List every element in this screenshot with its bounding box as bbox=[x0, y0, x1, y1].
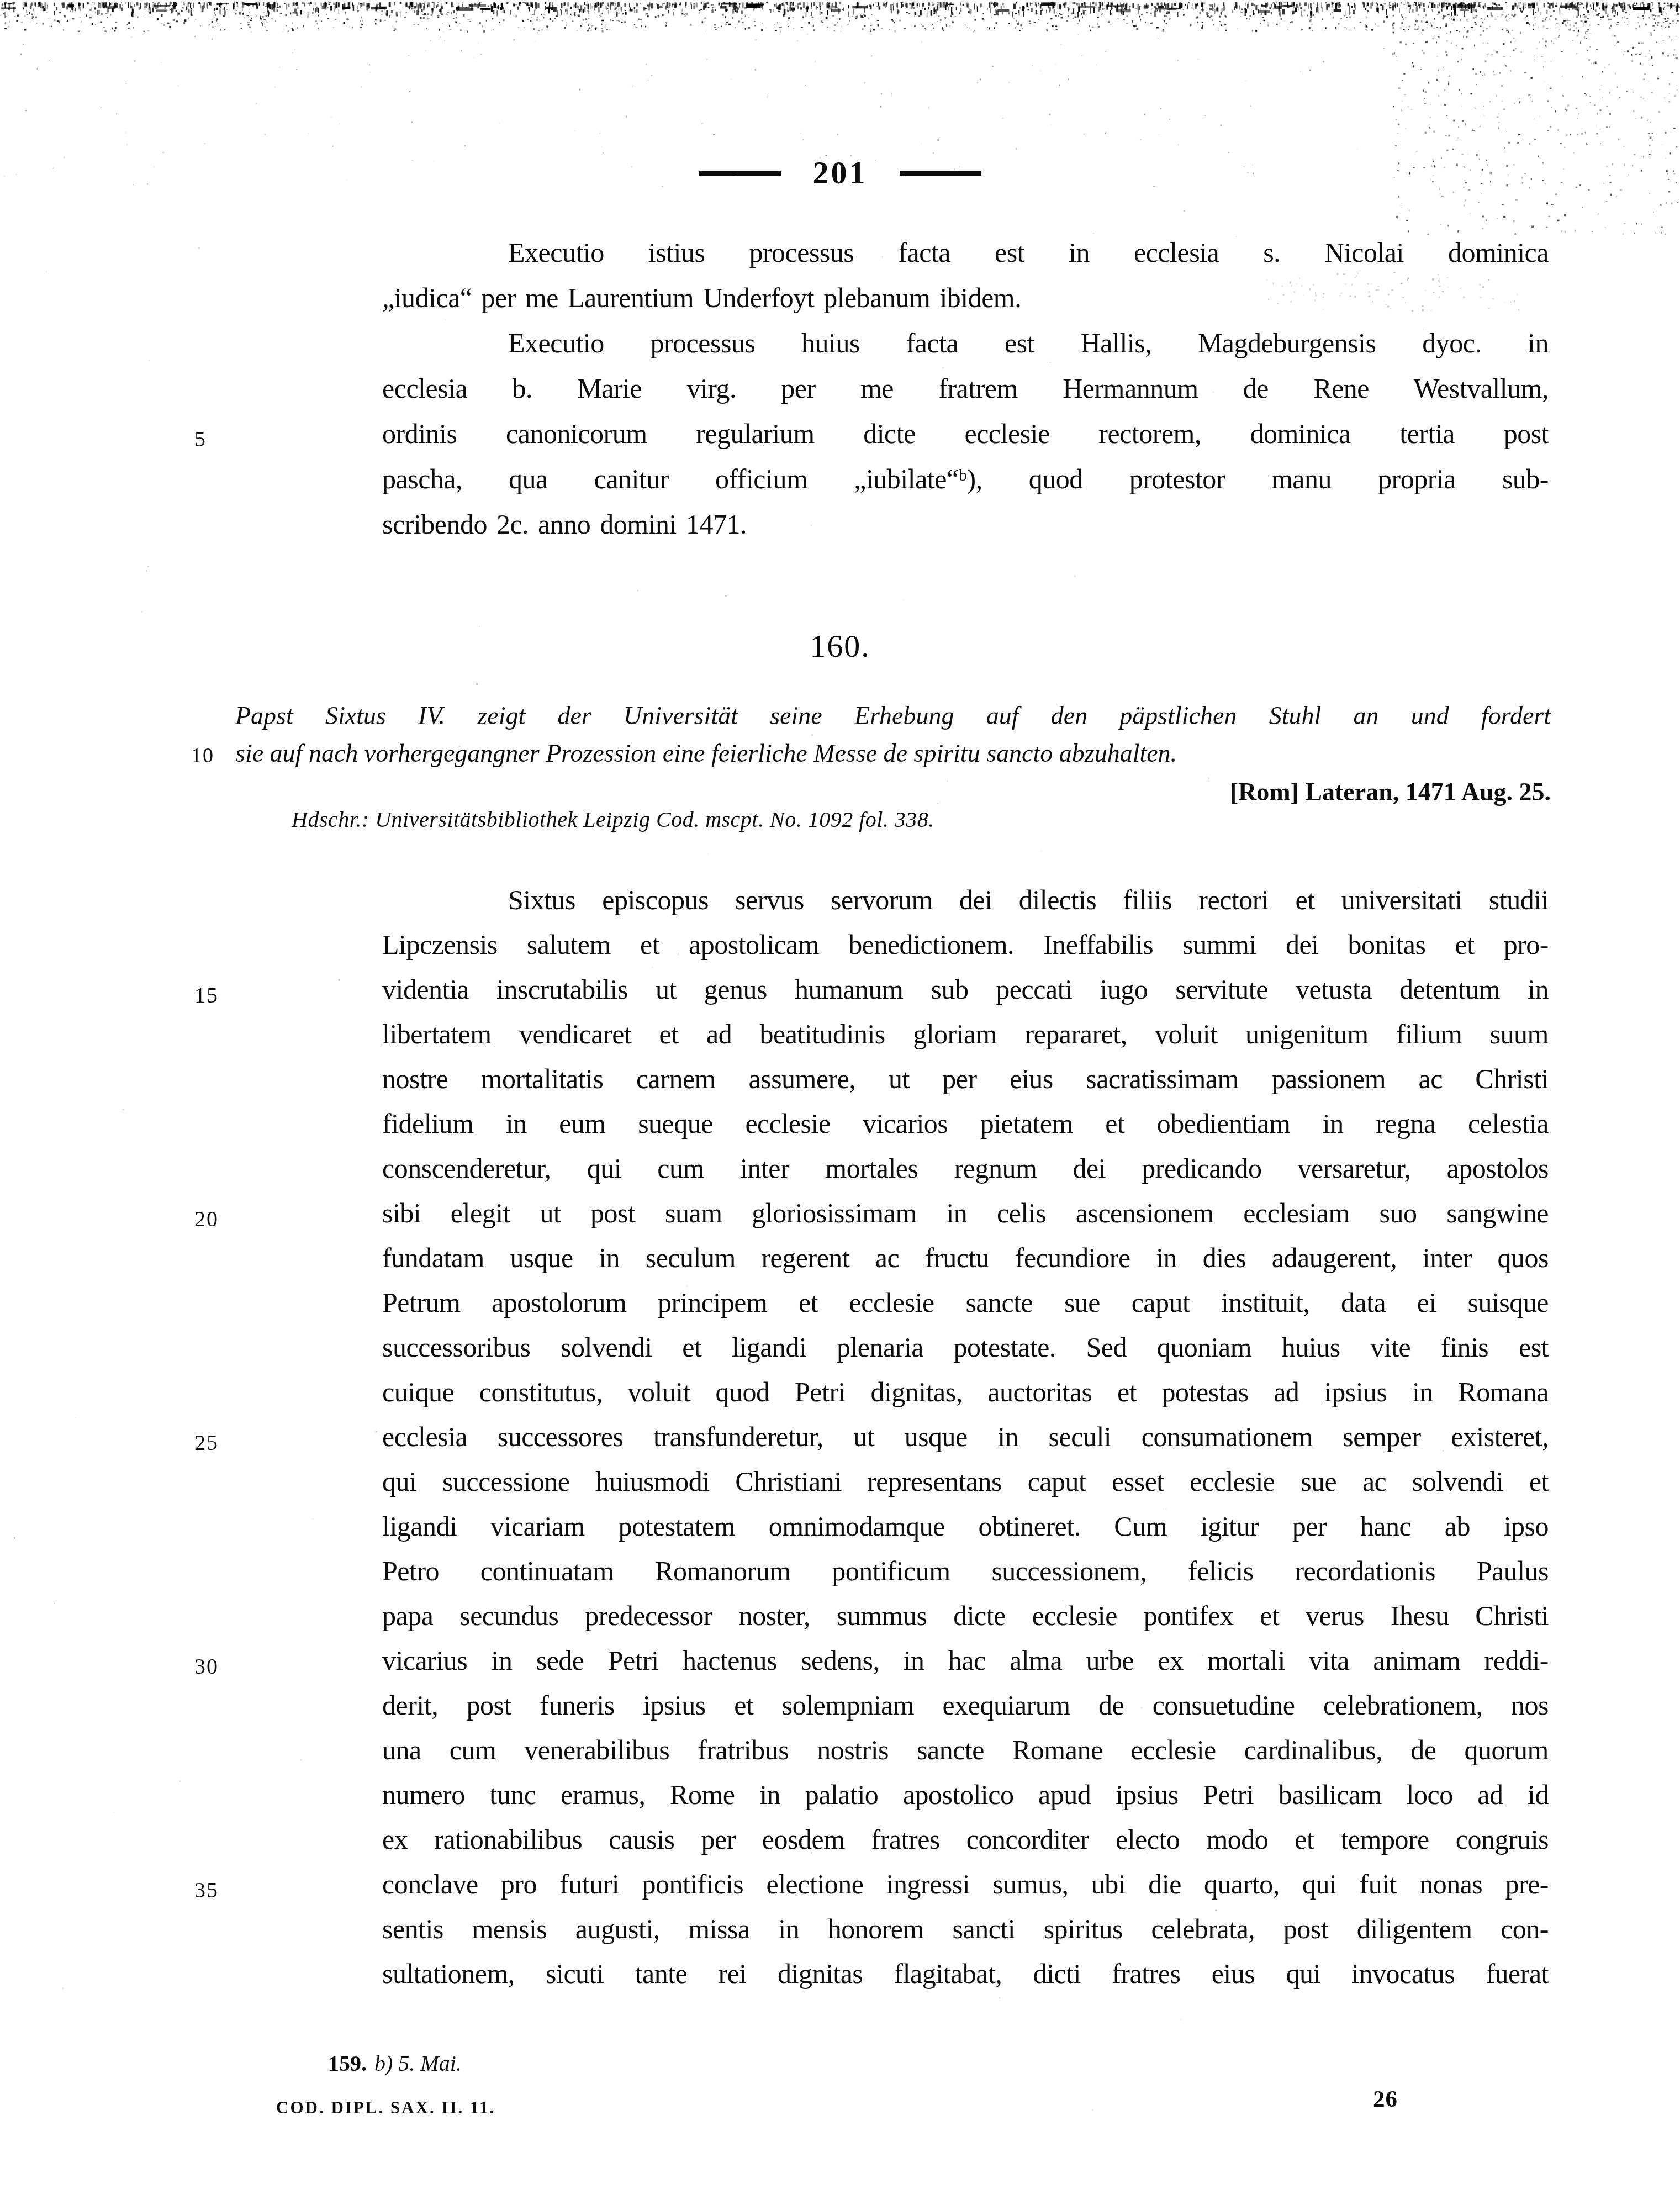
header-rule-left-icon bbox=[699, 171, 781, 176]
document-160-heading: 160. bbox=[0, 629, 1680, 664]
line-text: numero tunc eramus, Rome in palatio apos… bbox=[382, 1779, 1549, 1810]
line-text: qui successione huiusmodi Christiani rep… bbox=[382, 1466, 1549, 1497]
text-line: 35conclave pro futuri pontificis electio… bbox=[382, 1862, 1549, 1907]
line-text: fundatam usque in seculum regerent ac fr… bbox=[382, 1242, 1549, 1273]
text-line: 25ecclesia successores transfunderetur, … bbox=[382, 1415, 1549, 1459]
text-line: „iudica“ per me Laurentium Underfoyt ple… bbox=[382, 275, 1549, 320]
line-text: vicarius in sede Petri hactenus sedens, … bbox=[382, 1645, 1549, 1676]
text-line: 20sibi elegit ut post suam gloriosissima… bbox=[382, 1191, 1549, 1236]
text-line: Executio processus huius facta est Halli… bbox=[382, 320, 1549, 366]
margin-line-number: 5 bbox=[194, 416, 255, 462]
text-line: pascha, qua canitur officium „iubilate“ᵇ… bbox=[382, 456, 1549, 502]
text-line: fundatam usque in seculum regerent ac fr… bbox=[382, 1236, 1549, 1280]
text-line: ecclesia b. Marie virg. per me fratrem H… bbox=[382, 366, 1549, 411]
text-line: Lipczensis salutem et apostolicam benedi… bbox=[382, 922, 1549, 967]
text-line: cuique constitutus, voluit quod Petri di… bbox=[382, 1370, 1549, 1415]
document-160-source-note: Hdschr.: Universitätsbibliothek Leipzig … bbox=[292, 806, 1562, 833]
header-rule-right-icon bbox=[900, 171, 981, 176]
line-text: cuique constitutus, voluit quod Petri di… bbox=[382, 1376, 1549, 1407]
line-text: Sixtus episcopus servus servorum dei dil… bbox=[508, 884, 1549, 915]
footnote-ref: 159. bbox=[328, 2051, 367, 2076]
text-line: ligandi vicariam potestatem omnimodamque… bbox=[382, 1504, 1549, 1549]
line-text: una cum venerabilibus fratribus nostris … bbox=[382, 1734, 1549, 1765]
text-line: sultationem, sicuti tante rei dignitas f… bbox=[382, 1951, 1549, 1996]
text-line: Petro continuatam Romanorum pontificum s… bbox=[382, 1549, 1549, 1594]
page-header: 201 bbox=[0, 148, 1680, 198]
text-line: 30vicarius in sede Petri hactenus sedens… bbox=[382, 1638, 1549, 1683]
text-line: 10sie auf nach vorhergegangner Prozessio… bbox=[235, 735, 1551, 772]
line-text: ordinis canonicorum regularium dicte ecc… bbox=[382, 418, 1549, 449]
line-text: Lipczensis salutem et apostolicam benedi… bbox=[382, 929, 1549, 960]
line-text: sultationem, sicuti tante rei dignitas f… bbox=[382, 1958, 1549, 1989]
text-line: fidelium in eum sueque ecclesie vicarios… bbox=[382, 1101, 1549, 1146]
line-text: Executio istius processus facta est in e… bbox=[508, 237, 1549, 268]
margin-line-number: 35 bbox=[194, 1868, 255, 1912]
page-number: 201 bbox=[813, 157, 868, 189]
margin-line-number: 10 bbox=[191, 737, 252, 774]
text-line: sentis mensis augusti, missa in honorem … bbox=[382, 1907, 1549, 1951]
line-text: conscenderetur, qui cum inter mortales r… bbox=[382, 1153, 1549, 1184]
line-text: Petrum apostolorum principem et ecclesie… bbox=[382, 1287, 1549, 1318]
line-text: „iudica“ per me Laurentium Underfoyt ple… bbox=[382, 282, 1021, 313]
text-line: papa secundus predecessor noster, summus… bbox=[382, 1594, 1549, 1638]
line-text: ex rationabilibus causis per eosdem frat… bbox=[382, 1824, 1549, 1855]
sheet-number: 26 bbox=[1373, 2086, 1398, 2113]
text-line: Executio istius processus facta est in e… bbox=[382, 230, 1549, 275]
line-text: ecclesia successores transfunderetur, ut… bbox=[382, 1421, 1549, 1452]
text-line: libertatem vendicaret et ad beatitudinis… bbox=[382, 1012, 1549, 1057]
line-text: sibi elegit ut post suam gloriosissimam … bbox=[382, 1198, 1549, 1228]
text-line: 5ordinis canonicorum regularium dicte ec… bbox=[382, 411, 1549, 456]
line-text: libertatem vendicaret et ad beatitudinis… bbox=[382, 1019, 1549, 1049]
text-line: derit, post funeris ipsius et solempniam… bbox=[382, 1683, 1549, 1728]
line-text: papa secundus predecessor noster, summus… bbox=[382, 1600, 1549, 1631]
text-line: una cum venerabilibus fratribus nostris … bbox=[382, 1728, 1549, 1773]
document-159-closing-text: Executio istius processus facta est in e… bbox=[382, 230, 1549, 547]
document-160-summary: Papst Sixtus IV. zeigt der Universität s… bbox=[235, 697, 1551, 772]
text-line: scribendo 2c. anno domini 1471. bbox=[382, 502, 1549, 547]
margin-line-number: 20 bbox=[194, 1196, 255, 1241]
line-text: videntia inscrutabilis ut genus humanum … bbox=[382, 974, 1549, 1005]
text-line: ex rationabilibus causis per eosdem frat… bbox=[382, 1817, 1549, 1862]
line-text: pascha, qua canitur officium „iubilate“ᵇ… bbox=[382, 463, 1549, 494]
scanned-book-page: 201 Executio istius processus facta est … bbox=[0, 0, 1680, 2189]
text-line: numero tunc eramus, Rome in palatio apos… bbox=[382, 1773, 1549, 1817]
text-line: nostre mortalitatis carnem assumere, ut … bbox=[382, 1057, 1549, 1101]
line-text: scribendo 2c. anno domini 1471. bbox=[382, 509, 747, 540]
line-text: sie auf nach vorhergegangner Prozession … bbox=[235, 739, 1177, 767]
line-text: Petro continuatam Romanorum pontificum s… bbox=[382, 1555, 1549, 1586]
footnote-text: b) 5. Mai. bbox=[374, 2051, 462, 2076]
line-text: Papst Sixtus IV. zeigt der Universität s… bbox=[235, 701, 1551, 730]
document-160-dateline: [Rom] Lateran, 1471 Aug. 25. bbox=[235, 777, 1551, 807]
line-text: sentis mensis augusti, missa in honorem … bbox=[382, 1913, 1549, 1944]
text-line: conscenderetur, qui cum inter mortales r… bbox=[382, 1146, 1549, 1191]
line-text: Executio processus huius facta est Halli… bbox=[508, 328, 1549, 358]
line-text: nostre mortalitatis carnem assumere, ut … bbox=[382, 1063, 1549, 1094]
line-text: conclave pro futuri pontificis electione… bbox=[382, 1869, 1549, 1900]
line-text: successoribus solvendi et ligandi plenar… bbox=[382, 1332, 1549, 1363]
document-160-body-text: Sixtus episcopus servus servorum dei dil… bbox=[382, 878, 1549, 1996]
text-line: Papst Sixtus IV. zeigt der Universität s… bbox=[235, 697, 1551, 735]
margin-line-number: 15 bbox=[194, 973, 255, 1017]
text-line: qui successione huiusmodi Christiani rep… bbox=[382, 1459, 1549, 1504]
text-line: successoribus solvendi et ligandi plenar… bbox=[382, 1325, 1549, 1370]
series-signature: COD. DIPL. SAX. II. 11. bbox=[276, 2098, 495, 2118]
line-text: ligandi vicariam potestatem omnimodamque… bbox=[382, 1511, 1549, 1542]
line-text: fidelium in eum sueque ecclesie vicarios… bbox=[382, 1108, 1549, 1139]
text-line: Petrum apostolorum principem et ecclesie… bbox=[382, 1280, 1549, 1325]
margin-line-number: 30 bbox=[194, 1644, 255, 1689]
footnote: 159.b) 5. Mai. bbox=[328, 2050, 462, 2077]
text-line: Sixtus episcopus servus servorum dei dil… bbox=[382, 878, 1549, 922]
line-text: ecclesia b. Marie virg. per me fratrem H… bbox=[382, 373, 1549, 404]
line-text: derit, post funeris ipsius et solempniam… bbox=[382, 1690, 1549, 1721]
margin-line-number: 25 bbox=[194, 1420, 255, 1465]
text-line: 15videntia inscrutabilis ut genus humanu… bbox=[382, 967, 1549, 1012]
